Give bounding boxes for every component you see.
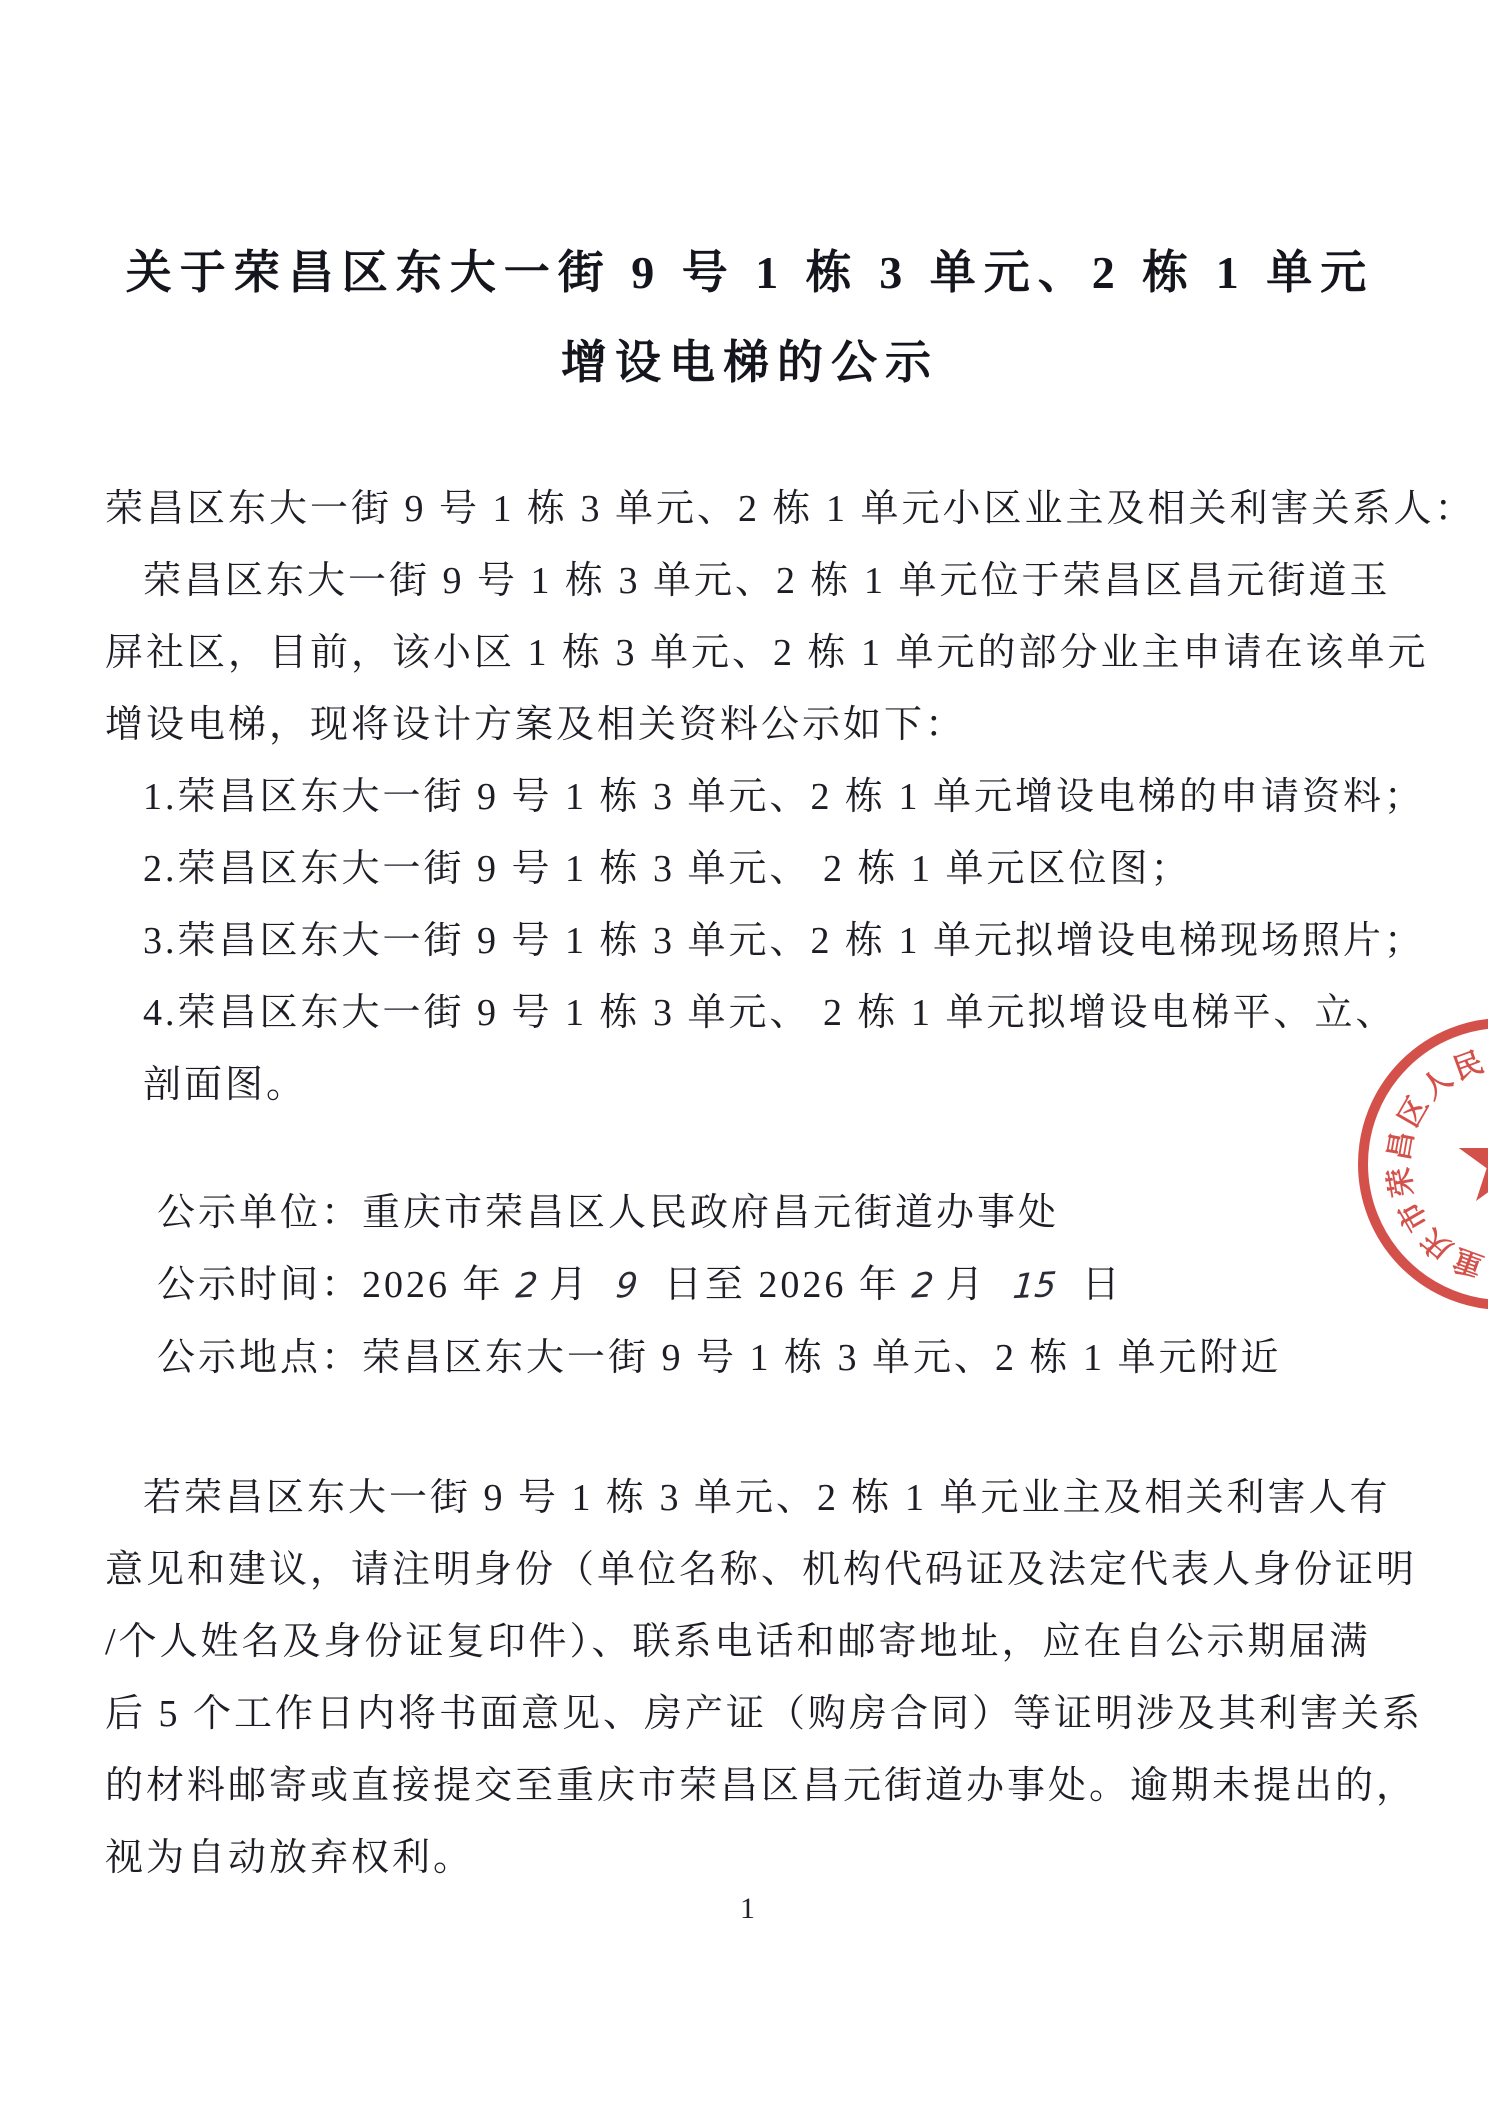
paragraph-line: 屏社区，目前，该小区 1 栋 3 单元、2 栋 1 单元的部分业主申请在该单元 (105, 617, 1395, 689)
publication-place-label: 公示地点： (157, 1337, 362, 1379)
seal-character: 昌 (1383, 1127, 1420, 1164)
publication-time-line: 公示时间：2026 年2月9日至 2026 年2月15日 (105, 1249, 1395, 1322)
handwritten-day-2: 15 (983, 1247, 1084, 1324)
handwritten-month-2: 2 (897, 1249, 949, 1324)
publication-time-month2-unit: 月 (945, 1264, 986, 1306)
closing-line: 若荣昌区东大一街 9 号 1 栋 3 单元、2 栋 1 单元业主及相关利害人有 (105, 1462, 1395, 1534)
publication-place-value: 荣昌区东大一街 9 号 1 栋 3 单元、2 栋 1 单元附近 (362, 1337, 1282, 1379)
closing-line: 的材料邮寄或直接提交至重庆市荣昌区昌元街道办事处。逾期未提出的， (105, 1750, 1395, 1822)
closing-line: /个人姓名及身份证复印件）、联系电话和邮寄地址，应在自公示期届满 (105, 1606, 1395, 1678)
page-number: 1 (740, 1892, 755, 1926)
publication-info-block: 公示单位：重庆市荣昌区人民政府昌元街道办事处 公示时间：2026 年2月9日至 … (105, 1177, 1395, 1394)
document-page: 关于荣昌区东大一街 9 号 1 栋 3 单元、2 栋 1 单元 增设电梯的公示 … (0, 0, 1488, 2104)
handwritten-day-1: 9 (587, 1248, 667, 1324)
paragraph-line: 荣昌区东大一街 9 号 1 栋 3 单元、2 栋 1 单元位于荣昌区昌元街道玉 (105, 545, 1395, 617)
seal-character: 荣 (1383, 1164, 1420, 1201)
publication-unit-line: 公示单位：重庆市荣昌区人民政府昌元街道办事处 (105, 1177, 1395, 1249)
title-line-1: 关于荣昌区东大一街 9 号 1 栋 3 单元、2 栋 1 单元 (105, 228, 1395, 318)
publication-time-label: 公示时间： (157, 1264, 362, 1306)
list-item-4: 4.荣昌区东大一街 9 号 1 栋 3 单元、 2 栋 1 单元拟增设电梯平、立… (105, 977, 1395, 1049)
publication-unit-label: 公示单位： (157, 1192, 362, 1234)
official-seal-ring-text: 重庆市荣昌区人民政府昌元街道办事处 (1358, 1018, 1488, 1310)
list-item-2: 2.荣昌区东大一街 9 号 1 栋 3 单元、 2 栋 1 单元区位图； (105, 833, 1395, 905)
publication-time-year1: 2026 年 (362, 1264, 504, 1306)
list-item-4-wrap: 剖面图。 (105, 1049, 1395, 1121)
closing-line: 视为自动放弃权利。 (105, 1822, 1395, 1894)
body-block: 荣昌区东大一街 9 号 1 栋 3 单元、2 栋 1 单元小区业主及相关利害关系… (105, 473, 1395, 1121)
document-content: 关于荣昌区东大一街 9 号 1 栋 3 单元、2 栋 1 单元 增设电梯的公示 … (105, 0, 1395, 1894)
publication-unit-value: 重庆市荣昌区人民政府昌元街道办事处 (362, 1192, 1059, 1234)
closing-line: 后 5 个工作日内将书面意见、房产证（购房合同）等证明涉及其利害关系 (105, 1678, 1395, 1750)
publication-time-end: 日 (1082, 1264, 1123, 1306)
document-title: 关于荣昌区东大一街 9 号 1 栋 3 单元、2 栋 1 单元 增设电梯的公示 (105, 228, 1395, 408)
list-item-1: 1.荣昌区东大一街 9 号 1 栋 3 单元、2 栋 1 单元增设电梯的申请资料… (105, 761, 1395, 833)
closing-line: 意见和建议，请注明身份（单位名称、机构代码证及法定代表人身份证明 (105, 1534, 1395, 1606)
publication-time-month1-unit: 月 (549, 1264, 590, 1306)
salutation-line: 荣昌区东大一街 9 号 1 栋 3 单元、2 栋 1 单元小区业主及相关利害关系… (105, 473, 1395, 545)
title-line-2: 增设电梯的公示 (105, 318, 1395, 408)
publication-place-line: 公示地点：荣昌区东大一街 9 号 1 栋 3 单元、2 栋 1 单元附近 (105, 1322, 1395, 1394)
closing-paragraph: 若荣昌区东大一街 9 号 1 栋 3 单元、2 栋 1 单元业主及相关利害人有 … (105, 1462, 1395, 1894)
publication-time-mid: 日至 2026 年 (664, 1264, 900, 1306)
list-item-3: 3.荣昌区东大一街 9 号 1 栋 3 单元、2 栋 1 单元拟增设电梯现场照片… (105, 905, 1395, 977)
paragraph-line: 增设电梯，现将设计方案及相关资料公示如下： (105, 689, 1395, 761)
official-seal: ★ 重庆市荣昌区人民政府昌元街道办事处 (1358, 1018, 1488, 1310)
handwritten-month-1: 2 (500, 1249, 552, 1324)
